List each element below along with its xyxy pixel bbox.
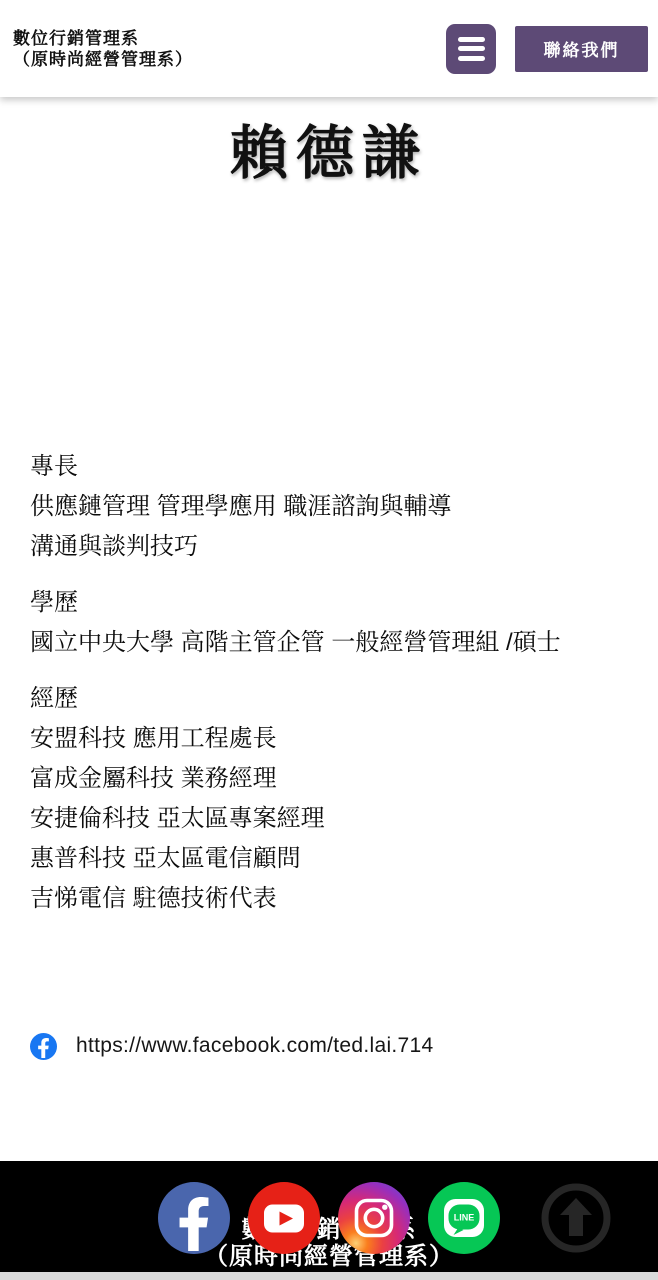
line-social-button[interactable]: LINE (428, 1182, 500, 1254)
svg-text:LINE: LINE (454, 1213, 475, 1223)
profile-line: 國立中央大學 高階主管企管 一般經營管理組 /碩士 (30, 623, 634, 663)
section-experience: 經歷 安盟科技 應用工程處長 富成金屬科技 業務經理 安捷倫科技 亞太區專案經理… (30, 679, 634, 919)
facebook-icon (177, 1197, 211, 1251)
page: 數位行銷管理系 （原時尚經營管理系） 聯絡我們 賴德謙 專長 供應鏈管理 管理學… (0, 0, 658, 1280)
site-logo-line2: （原時尚經營管理系） (13, 49, 193, 70)
facebook-icon (30, 1033, 57, 1060)
profile-line: 惠普科技 亞太區電信顧問 (30, 839, 634, 879)
page-title: 賴德謙 (0, 106, 658, 190)
menu-button[interactable] (446, 24, 496, 74)
site-logo[interactable]: 數位行銷管理系 （原時尚經營管理系） (13, 28, 193, 70)
profile-image-placeholder (0, 195, 658, 445)
profile-content: 專長 供應鏈管理 管理學應用 職涯諮詢與輔導 溝通與談判技巧 學歷 國立中央大學… (30, 447, 634, 935)
youtube-social-button[interactable] (248, 1182, 320, 1254)
instagram-icon (338, 1182, 410, 1254)
line-icon: LINE (428, 1182, 500, 1254)
profile-line: 安盟科技 應用工程處長 (30, 719, 634, 759)
facebook-social-button[interactable] (158, 1182, 230, 1254)
section-heading: 學歷 (30, 583, 634, 623)
section-specialty: 專長 供應鏈管理 管理學應用 職涯諮詢與輔導 溝通與談判技巧 (30, 447, 634, 567)
scroll-to-top-button[interactable] (541, 1183, 611, 1253)
arrow-up-icon (541, 1183, 611, 1253)
header: 數位行銷管理系 （原時尚經營管理系） 聯絡我們 (0, 0, 658, 97)
hamburger-icon (458, 37, 485, 61)
facebook-url: https://www.facebook.com/ted.lai.714 (76, 1034, 433, 1058)
section-education: 學歷 國立中央大學 高階主管企管 一般經營管理組 /碩士 (30, 583, 634, 663)
section-heading: 專長 (30, 447, 634, 487)
contact-button[interactable]: 聯絡我們 (515, 26, 648, 72)
bottom-strip (0, 1272, 658, 1280)
profile-line: 供應鏈管理 管理學應用 職涯諮詢與輔導 (30, 487, 634, 527)
youtube-icon (248, 1182, 320, 1254)
profile-line: 富成金屬科技 業務經理 (30, 759, 634, 799)
footer: 數位行銷管理系 （原時尚經營管理系） (0, 1161, 658, 1272)
profile-line: 溝通與談判技巧 (30, 527, 634, 567)
header-actions: 聯絡我們 (446, 24, 648, 74)
profile-line: 安捷倫科技 亞太區專案經理 (30, 799, 634, 839)
profile-line: 吉悌電信 駐德技術代表 (30, 879, 634, 919)
facebook-link[interactable]: https://www.facebook.com/ted.lai.714 (30, 1023, 433, 1069)
footer-social-row: LINE (158, 1182, 500, 1254)
instagram-social-button[interactable] (338, 1182, 410, 1254)
site-logo-line1: 數位行銷管理系 (13, 28, 193, 49)
section-heading: 經歷 (30, 679, 634, 719)
